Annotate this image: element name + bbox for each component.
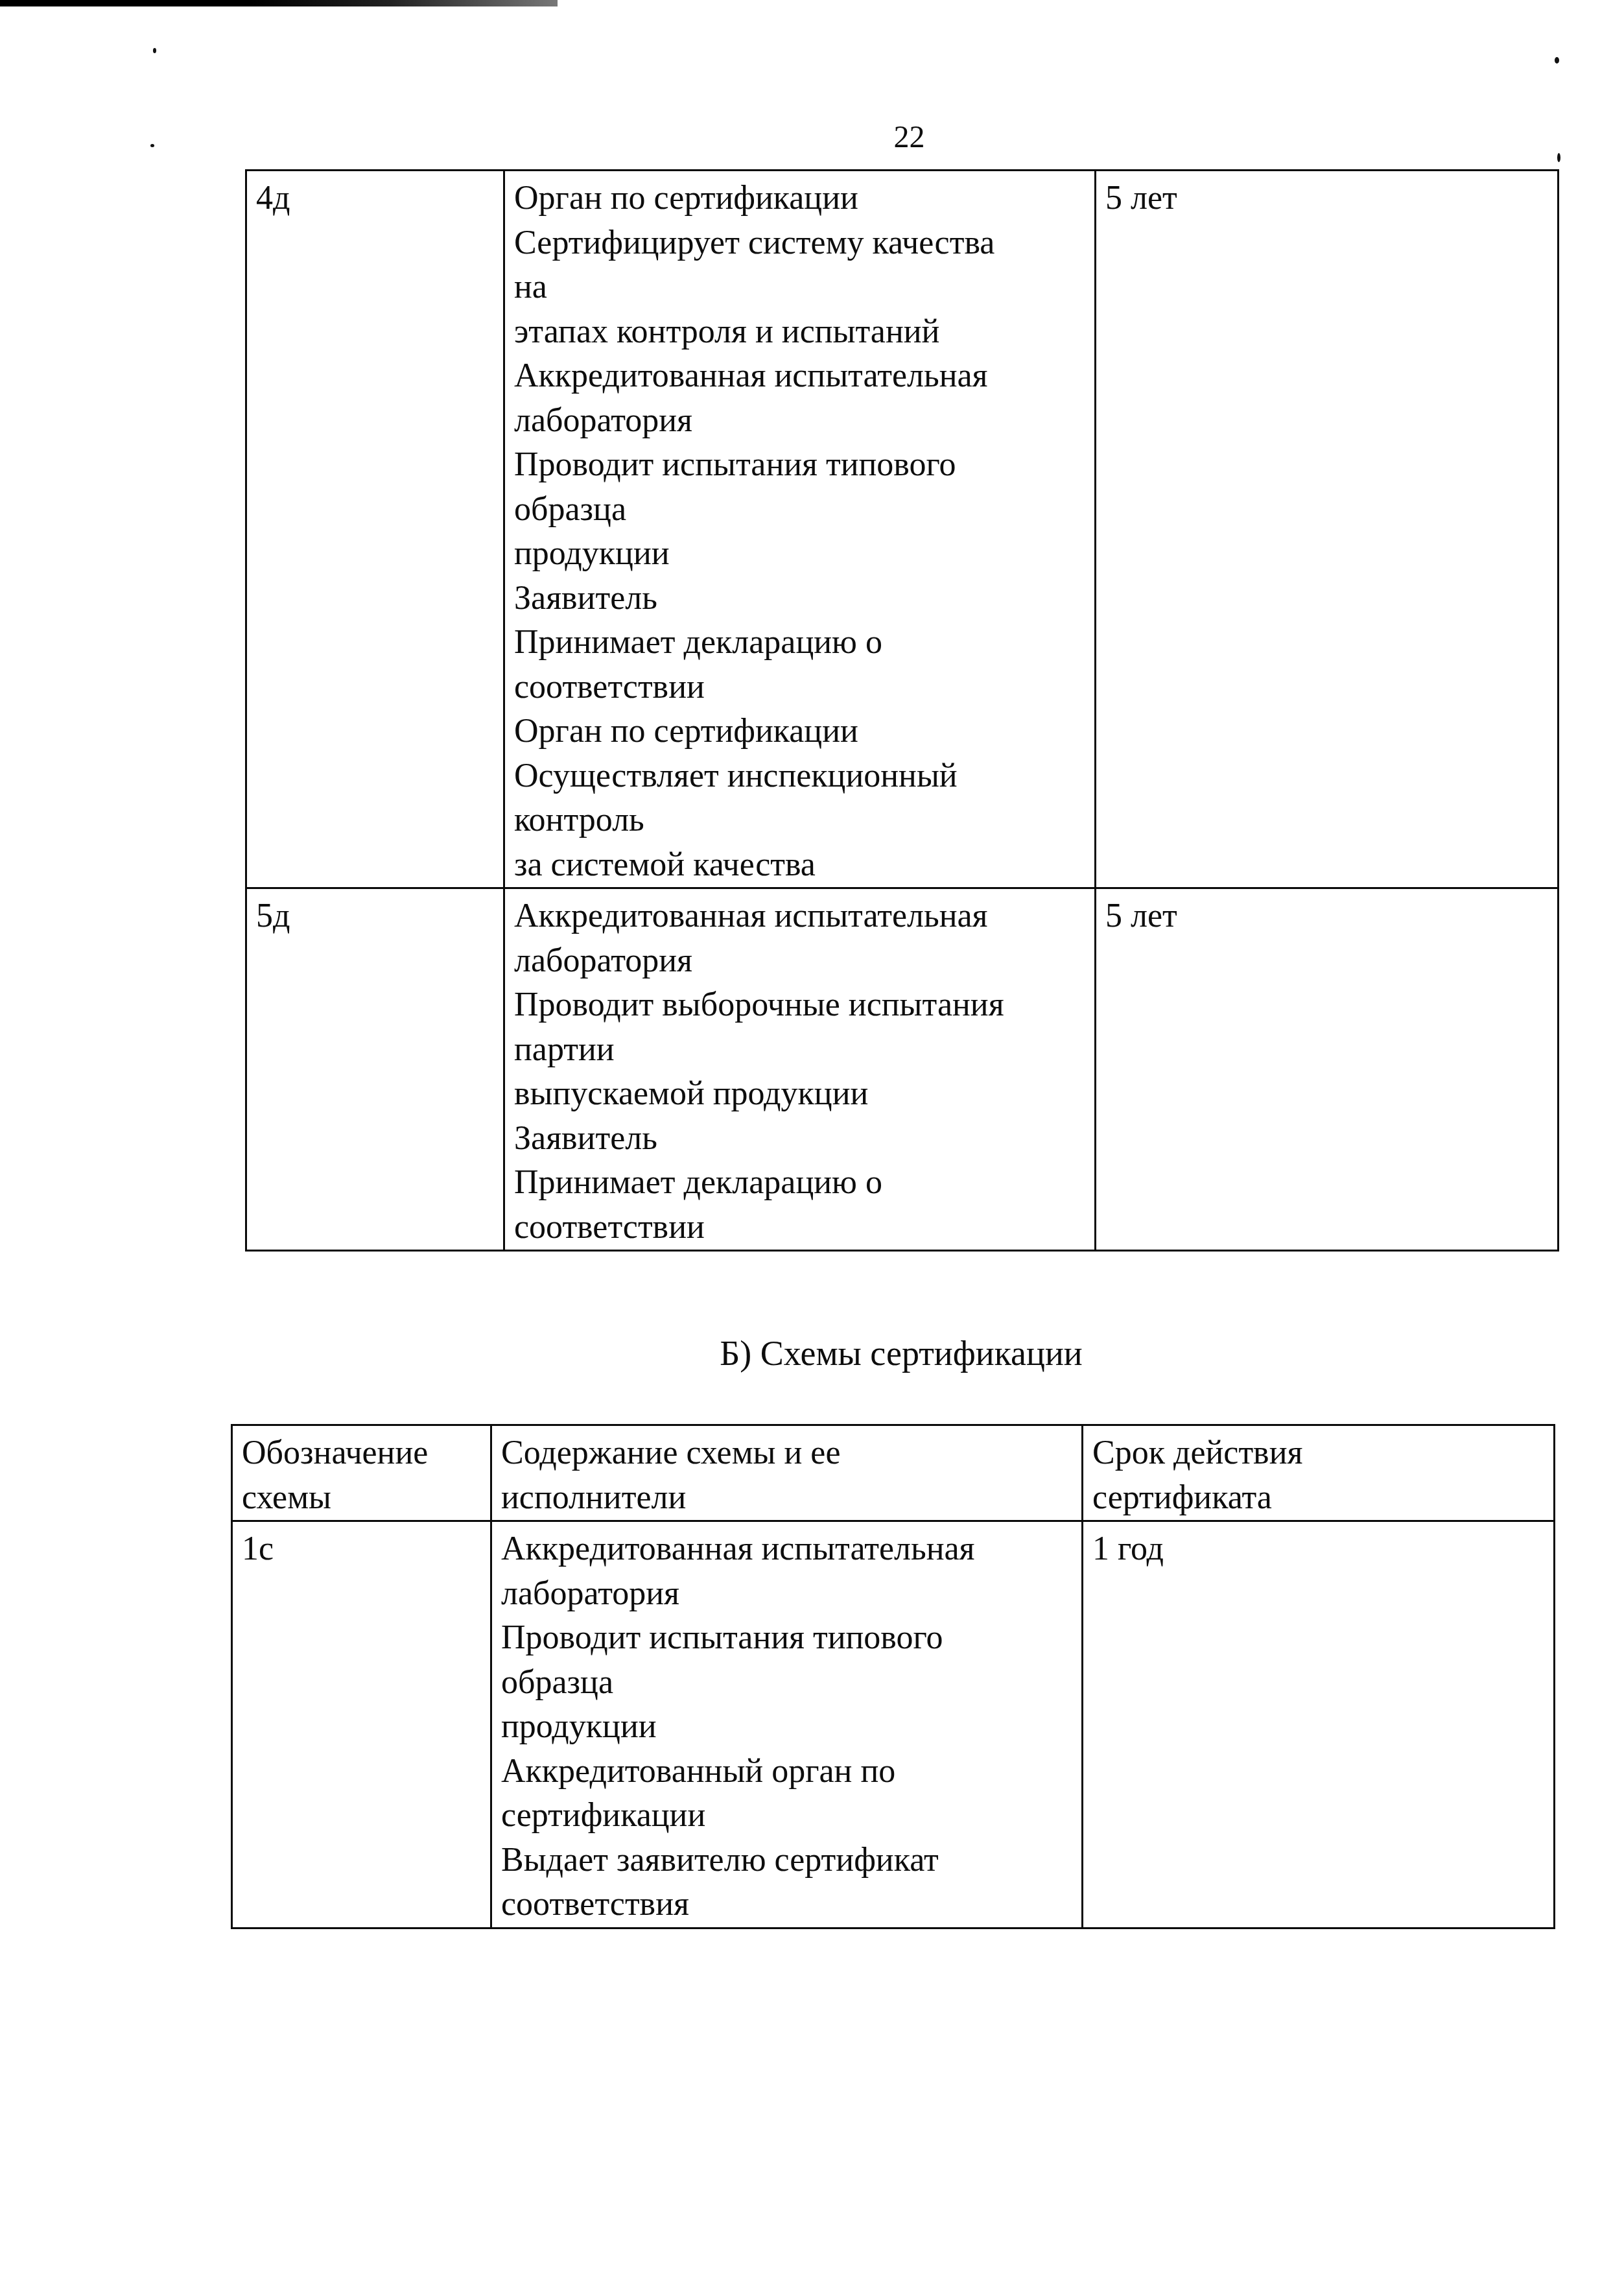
content-line: Осуществляет инспекционный bbox=[514, 754, 1088, 799]
scheme-content-cell: Орган по сертификации Сертифицирует сист… bbox=[504, 171, 1096, 888]
content-line: партии bbox=[514, 1028, 1088, 1073]
content-line: Проводит выборочные испытания bbox=[514, 983, 1088, 1028]
header-line: схемы bbox=[242, 1476, 484, 1521]
header-line: исполнители bbox=[501, 1476, 1075, 1521]
scan-speck bbox=[1555, 57, 1559, 64]
scheme-content-cell: Аккредитованная испытательная лаборатори… bbox=[491, 1521, 1083, 1928]
content-line: Проводит испытания типового bbox=[514, 443, 1088, 488]
schemes-table-continued: 4д Орган по сертификации Сертифицирует с… bbox=[245, 169, 1559, 1252]
scan-artifact-bar bbox=[0, 0, 558, 6]
content-line: Аккредитованная испытательная bbox=[514, 894, 1088, 939]
content-line: образца bbox=[501, 1661, 1075, 1705]
content-line: на bbox=[514, 265, 1088, 310]
content-line: Заявитель bbox=[514, 1117, 1088, 1161]
content-line: образца bbox=[514, 488, 1088, 532]
content-line: выпускаемой продукции bbox=[514, 1072, 1088, 1117]
content-line: контроль bbox=[514, 798, 1088, 843]
content-line: соответствия bbox=[501, 1882, 1075, 1927]
content-line: Принимает декларацию о bbox=[514, 621, 1088, 665]
content-line: Сертифицирует систему качества bbox=[514, 221, 1088, 266]
scheme-code-cell: 1с bbox=[232, 1521, 491, 1928]
certification-schemes-table: Обозначение схемы Содержание схемы и ее … bbox=[231, 1424, 1555, 1929]
content-line: Аккредитованная испытательная bbox=[501, 1527, 1075, 1572]
content-line: лаборатория bbox=[514, 399, 1088, 444]
section-title: Б) Схемы сертификации bbox=[97, 1331, 1624, 1376]
page-number: 22 bbox=[97, 118, 1624, 157]
content-line: Выдает заявителю сертификат bbox=[501, 1838, 1075, 1883]
table-header-row: Обозначение схемы Содержание схемы и ее … bbox=[232, 1425, 1555, 1521]
header-line: Содержание схемы и ее bbox=[501, 1431, 1075, 1476]
validity-cell: 1 год bbox=[1083, 1521, 1555, 1928]
validity-cell: 5 лет bbox=[1096, 888, 1559, 1251]
content-line: Принимает декларацию о bbox=[514, 1161, 1088, 1205]
header-line: Обозначение bbox=[242, 1431, 484, 1476]
content-line: Орган по сертификации bbox=[514, 176, 1088, 221]
content-line: Орган по сертификации bbox=[514, 709, 1088, 754]
scheme-content-cell: Аккредитованная испытательная лаборатори… bbox=[504, 888, 1096, 1251]
content-line: Заявитель bbox=[514, 576, 1088, 621]
column-header-validity: Срок действия сертификата bbox=[1083, 1425, 1555, 1521]
table-row: 4д Орган по сертификации Сертифицирует с… bbox=[246, 171, 1559, 888]
content-line: этапах контроля и испытаний bbox=[514, 310, 1088, 355]
content-line: продукции bbox=[501, 1705, 1075, 1750]
table-row: 1с Аккредитованная испытательная лаборат… bbox=[232, 1521, 1555, 1928]
content-line: Аккредитованный орган по bbox=[501, 1750, 1075, 1794]
content-line: Проводит испытания типового bbox=[501, 1616, 1075, 1661]
column-header-content: Содержание схемы и ее исполнители bbox=[491, 1425, 1083, 1521]
table-row: 5д Аккредитованная испытательная лаборат… bbox=[246, 888, 1559, 1251]
scan-speck bbox=[153, 48, 156, 53]
column-header-scheme-code: Обозначение схемы bbox=[232, 1425, 491, 1521]
content-line: за системой качества bbox=[514, 843, 1088, 888]
content-line: сертификации bbox=[501, 1794, 1075, 1838]
content-line: лаборатория bbox=[514, 939, 1088, 984]
validity-cell: 5 лет bbox=[1096, 171, 1559, 888]
scheme-code-cell: 4д bbox=[246, 171, 504, 888]
content-line: Аккредитованная испытательная bbox=[514, 354, 1088, 399]
content-line: продукции bbox=[514, 532, 1088, 576]
content-line: соответствии bbox=[514, 665, 1088, 710]
content-line: соответствии bbox=[514, 1205, 1088, 1250]
content-line: лаборатория bbox=[501, 1572, 1075, 1617]
scheme-code-cell: 5д bbox=[246, 888, 504, 1251]
header-line: Срок действия bbox=[1092, 1431, 1547, 1476]
header-line: сертификата bbox=[1092, 1476, 1547, 1521]
